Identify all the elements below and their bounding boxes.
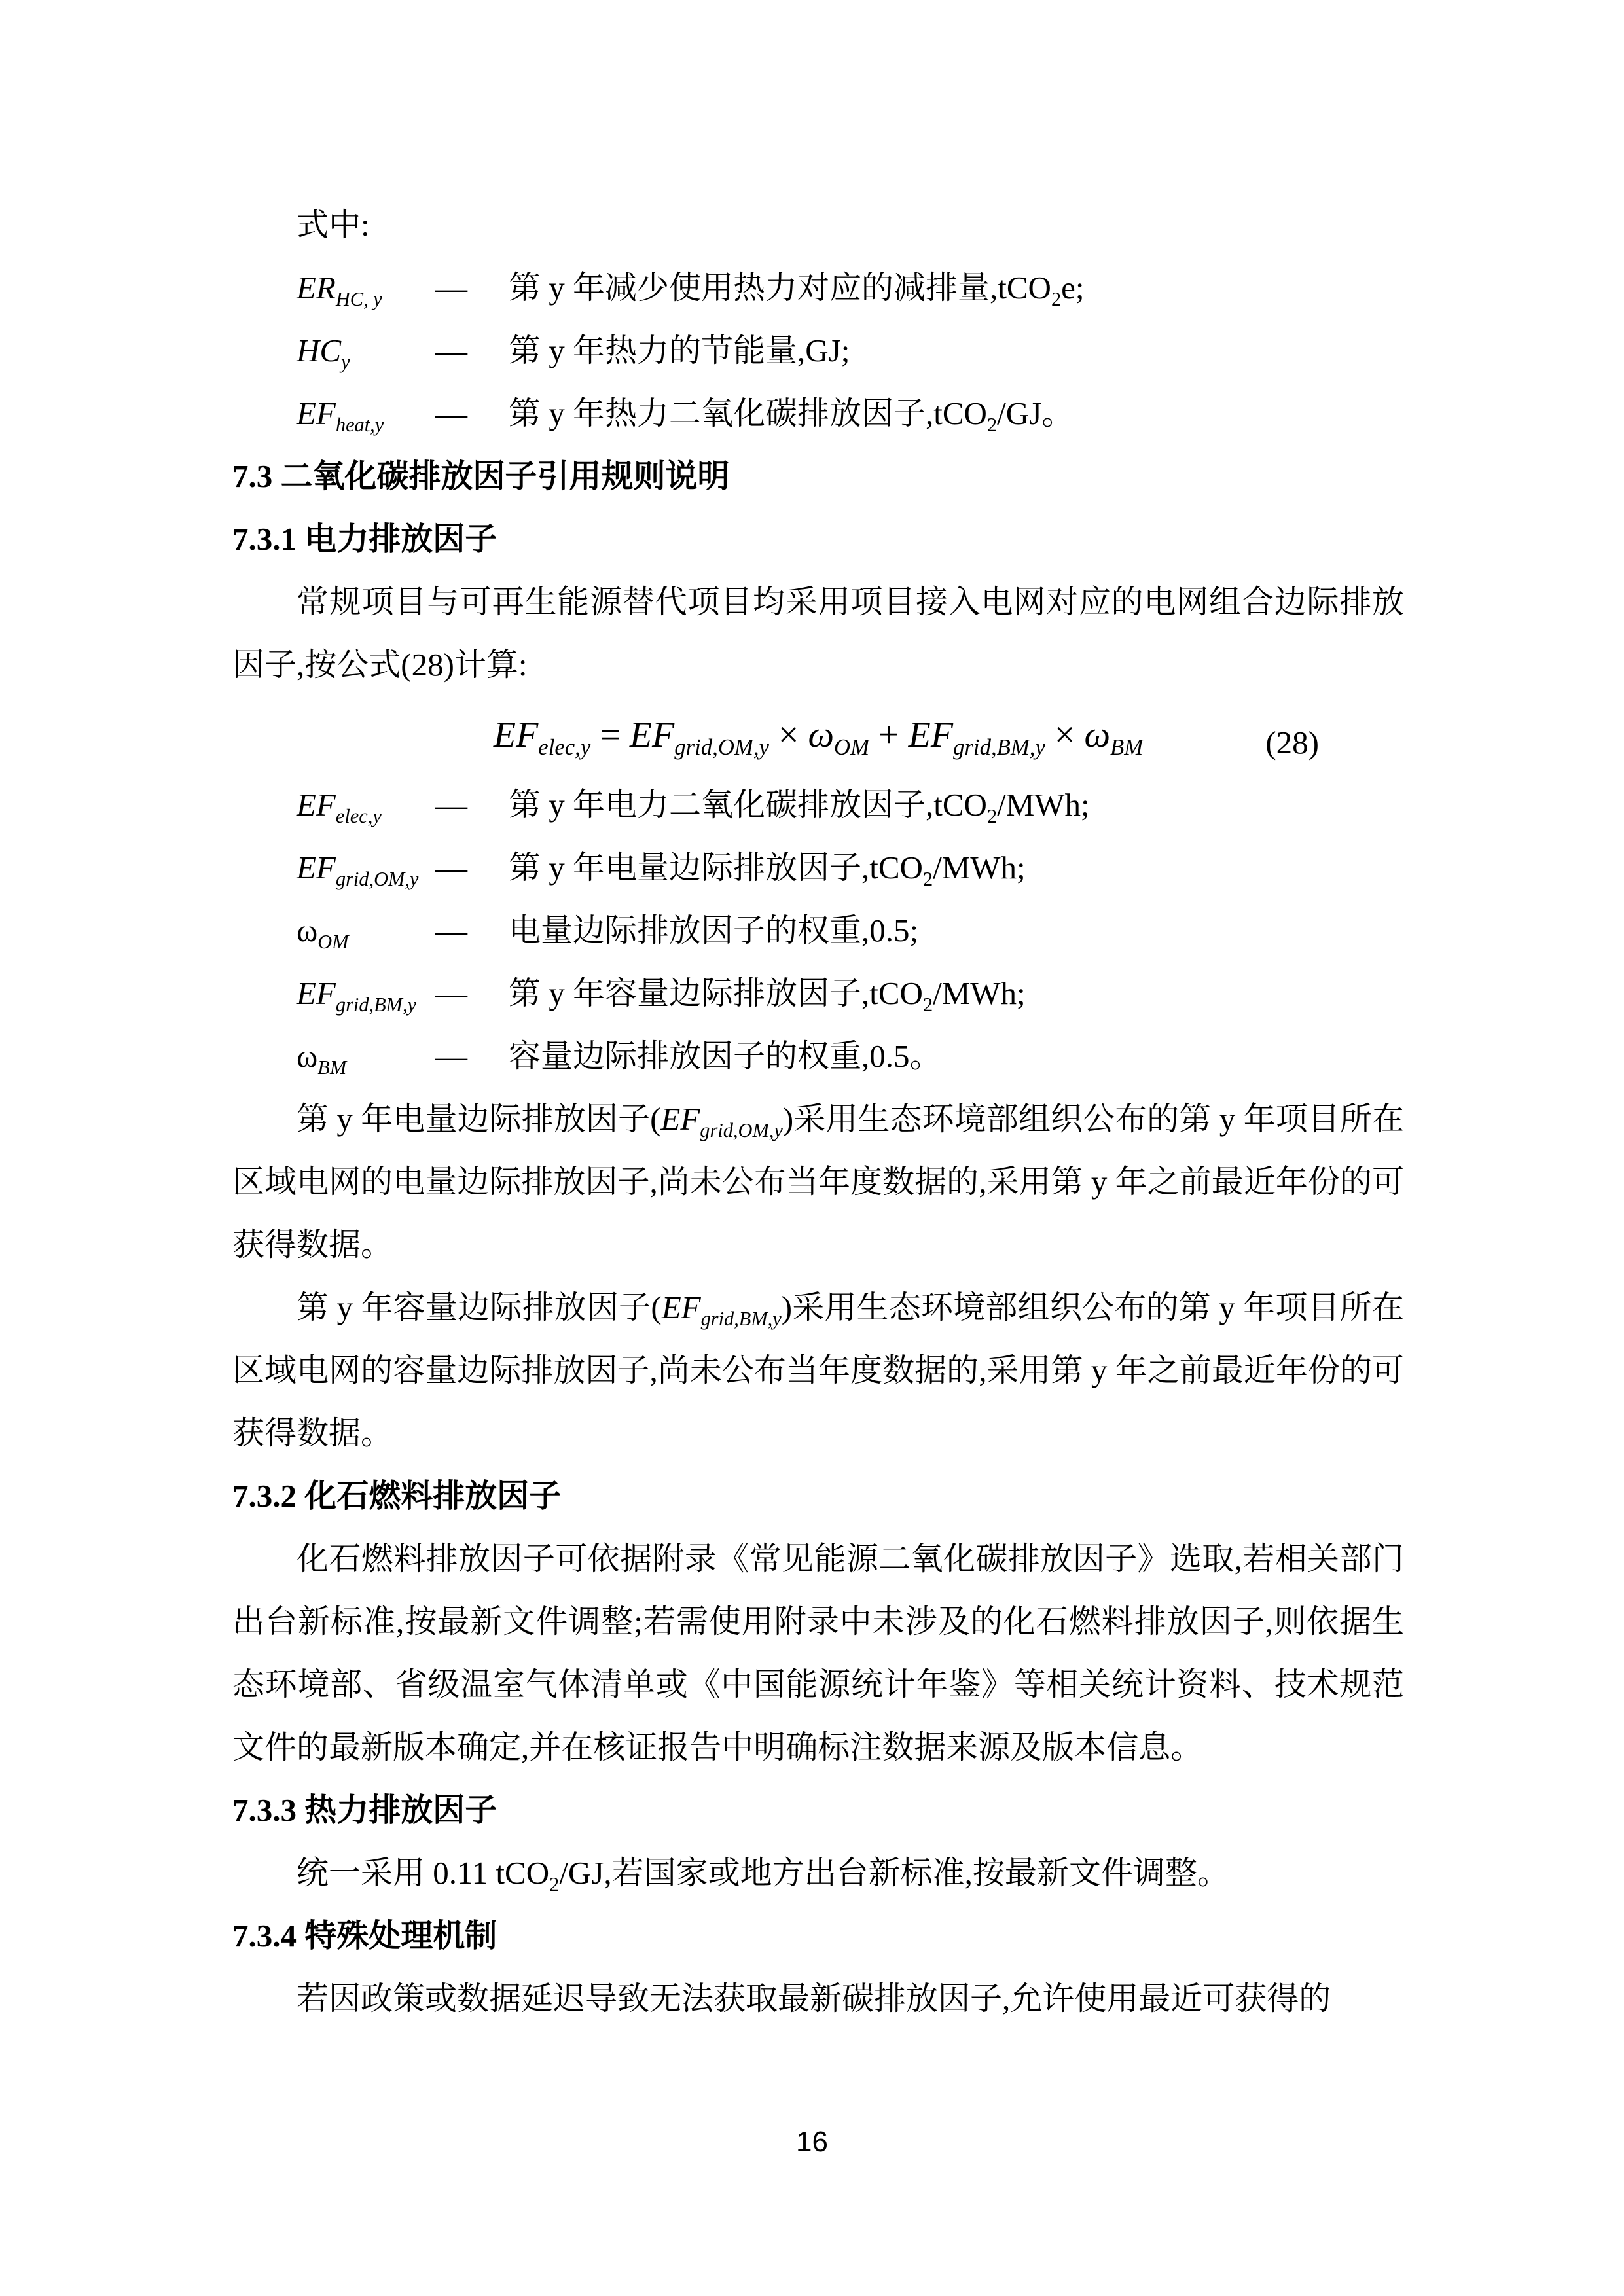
definition-term: ERHC, y — [297, 257, 435, 319]
definition-row: EFelec,y — 第 y 年电力二氧化碳排放因子,tCO2/MWh; — [232, 774, 1404, 836]
definition-row: HCy — 第 y 年热力的节能量,GJ; — [232, 319, 1404, 382]
paragraph-bm-factor: 第 y 年容量边际排放因子(EFgrid,BM,y)采用生态环境部组织公布的第 … — [232, 1276, 1404, 1465]
definition-row: ERHC, y — 第 y 年减少使用热力对应的减排量,tCO2e; — [232, 257, 1404, 319]
formula-intro-label: 式中: — [232, 194, 1404, 257]
definition-term: EFgrid,OM,y — [297, 836, 435, 899]
document-page: 式中: ERHC, y — 第 y 年减少使用热力对应的减排量,tCO2e; H… — [0, 0, 1624, 2296]
subsection-heading-7-3-2: 7.3.2 化石燃料排放因子 — [232, 1465, 1404, 1528]
definition-description: 第 y 年热力的节能量,GJ; — [509, 319, 1404, 382]
definition-description: 第 y 年电量边际排放因子,tCO2/MWh; — [509, 836, 1404, 899]
variable-definitions-heat: ERHC, y — 第 y 年减少使用热力对应的减排量,tCO2e; HCy —… — [232, 257, 1404, 445]
definition-dash: — — [435, 962, 509, 1025]
definition-row: EFgrid,BM,y — 第 y 年容量边际排放因子,tCO2/MWh; — [232, 962, 1404, 1025]
definition-row: ωBM — 容量边际排放因子的权重,0.5。 — [232, 1025, 1404, 1088]
paragraph-fossil-fuel: 化石燃料排放因子可依据附录《常见能源二氧化碳排放因子》选取,若相关部门出台新标准… — [232, 1528, 1404, 1779]
definition-term: ωOM — [297, 899, 435, 962]
definition-term: ωBM — [297, 1025, 435, 1088]
paragraph-heat-factor: 统一采用 0.11 tCO2/GJ,若国家或地方出台新标准,按最新文件调整。 — [232, 1842, 1404, 1905]
equation-row: EFelec,y = EFgrid,OM,y × ωOM + EFgrid,BM… — [232, 696, 1404, 774]
page-number: 16 — [0, 2126, 1624, 2159]
definition-dash: — — [435, 319, 509, 382]
equation-28: EFelec,y = EFgrid,OM,y × ωOM + EFgrid,BM… — [494, 715, 1143, 755]
definition-term: EFheat,y — [297, 382, 435, 445]
definition-dash: — — [435, 257, 509, 319]
definition-description: 第 y 年电力二氧化碳排放因子,tCO2/MWh; — [509, 774, 1404, 836]
definition-term: EFelec,y — [297, 774, 435, 836]
definition-description: 第 y 年热力二氧化碳排放因子,tCO2/GJ。 — [509, 382, 1404, 445]
equation-number: (28) — [1265, 704, 1319, 781]
definition-row: EFgrid,OM,y — 第 y 年电量边际排放因子,tCO2/MWh; — [232, 836, 1404, 899]
definition-term: EFgrid,BM,y — [297, 962, 435, 1025]
definition-dash: — — [435, 1025, 509, 1088]
subsection-heading-7-3-1: 7.3.1 电力排放因子 — [232, 508, 1404, 571]
paragraph-om-factor: 第 y 年电量边际排放因子(EFgrid,OM,y)采用生态环境部组织公布的第 … — [232, 1088, 1404, 1276]
definition-description: 电量边际排放因子的权重,0.5; — [509, 899, 1404, 962]
definition-description: 第 y 年减少使用热力对应的减排量,tCO2e; — [509, 257, 1404, 319]
subsection-heading-7-3-3: 7.3.3 热力排放因子 — [232, 1779, 1404, 1842]
definition-dash: — — [435, 774, 509, 836]
definition-description: 第 y 年容量边际排放因子,tCO2/MWh; — [509, 962, 1404, 1025]
definition-row: EFheat,y — 第 y 年热力二氧化碳排放因子,tCO2/GJ。 — [232, 382, 1404, 445]
paragraph-special-mechanism: 若因政策或数据延迟导致无法获取最新碳排放因子,允许使用最近可获得的 — [232, 1967, 1404, 2030]
definition-term: HCy — [297, 319, 435, 382]
definition-row: ωOM — 电量边际排放因子的权重,0.5; — [232, 899, 1404, 962]
definition-description: 容量边际排放因子的权重,0.5。 — [509, 1025, 1404, 1088]
definition-dash: — — [435, 382, 509, 445]
paragraph-grid-factor-intro: 常规项目与可再生能源替代项目均采用项目接入电网对应的电网组合边际排放因子,按公式… — [232, 571, 1404, 696]
subsection-heading-7-3-4: 7.3.4 特殊处理机制 — [232, 1905, 1404, 1967]
definition-dash: — — [435, 899, 509, 962]
definition-dash: — — [435, 836, 509, 899]
page-content: 式中: ERHC, y — 第 y 年减少使用热力对应的减排量,tCO2e; H… — [232, 194, 1404, 2030]
section-heading-7-3: 7.3 二氧化碳排放因子引用规则说明 — [232, 445, 1404, 508]
variable-definitions-electricity: EFelec,y — 第 y 年电力二氧化碳排放因子,tCO2/MWh; EFg… — [232, 774, 1404, 1088]
